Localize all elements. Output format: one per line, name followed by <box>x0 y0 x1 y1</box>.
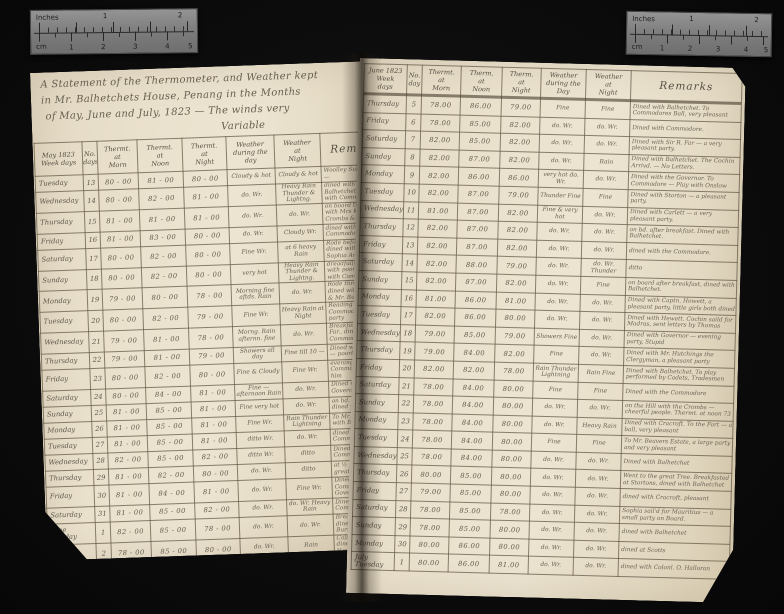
cell-noon: 86.00 <box>455 308 496 327</box>
cell-day: Saturday <box>43 389 92 407</box>
cell-day: Monday <box>48 543 97 565</box>
cell-day: Thursday <box>363 94 406 114</box>
cell-weather_day: do. Wr. <box>537 222 582 241</box>
column-header: Therm. at Noon <box>461 66 503 97</box>
cell-day: Wednesday <box>357 323 400 342</box>
cell-no: 27 <box>92 437 108 454</box>
cell-weather_day: Fine very hot <box>235 398 284 416</box>
cell-weather_day: do. Wr. <box>529 521 574 540</box>
cell-noon: 81 - 00 <box>138 171 184 189</box>
cell-night: 82.00 <box>497 239 536 258</box>
cell-day: Friday <box>359 235 402 254</box>
cell-no: 18 <box>86 269 102 290</box>
cell-weather_day: Fine <box>531 433 576 452</box>
cell-weather_night: do. Wr. <box>579 329 624 348</box>
cell-night: 80 - 00 <box>186 243 231 265</box>
cell-no: 15 <box>84 211 100 232</box>
cell-day: Monday <box>358 288 401 307</box>
cell-day: Friday <box>42 368 91 390</box>
cell-morn: 79.00 <box>415 342 454 361</box>
ruler-inch-number: 1 <box>689 15 694 23</box>
cell-day: Wednesday <box>354 446 397 465</box>
cell-weather_day: do. Wr. <box>238 479 287 501</box>
cell-weather_night: Rain Fine <box>578 364 623 383</box>
cell-night: 80.00 <box>491 485 530 504</box>
cell-day: Monday <box>44 421 93 439</box>
cell-night: 81 - 00 <box>184 186 229 208</box>
cell-morn: 78.00 <box>413 395 452 414</box>
cell-night: 80 - 00 <box>190 363 235 385</box>
cell-noon: 87.00 <box>457 203 498 222</box>
cell-weather_night: ditto <box>285 445 332 463</box>
cell-no: 20 <box>399 360 414 378</box>
cell-weather_day: Morning fine aftds. Rain <box>231 283 280 305</box>
cell-no: 23 <box>90 368 106 389</box>
cell-morn: 80 - 00 <box>101 267 142 289</box>
cell-weather_day: Fine — afternoon Rain <box>234 382 283 400</box>
cell-no: 17 <box>401 307 416 325</box>
cell-no: 16 <box>401 289 416 307</box>
cell-weather_night: Cloudy & hot <box>275 166 322 184</box>
ruler-inches-label: Inches <box>632 15 655 23</box>
cell-weather_day: Cloudy & hot <box>227 168 276 186</box>
cell-noon: 85.00 <box>450 466 491 485</box>
cell-night: 82.00 <box>498 221 537 240</box>
ruler-cm-label: cm <box>36 43 47 51</box>
cell-noon: 84 - 00 <box>146 386 192 404</box>
ruler-cm-number: 4 <box>165 42 170 50</box>
cell-remarks: dined with Colonl. O. Halloran <box>618 559 729 579</box>
cell-no: 12 <box>403 219 418 237</box>
cell-noon: 84.00 <box>452 414 493 433</box>
cell-no: 25 <box>91 405 107 422</box>
cell-night: 79 - 00 <box>188 306 233 328</box>
cell-weather_night: Rain Thunder Lightning <box>284 413 331 431</box>
cell-weather_night: do. Wr. <box>283 397 330 415</box>
cell-weather_night: do. Wr. <box>584 136 629 155</box>
cell-no: 2 <box>96 543 112 564</box>
column-header: Remarks <box>630 71 742 104</box>
cell-morn: 78 - 00 <box>112 578 153 600</box>
cell-weather_day: Heavy Rain Thunder & Lightning <box>241 573 290 595</box>
cell-noon: 84.00 <box>453 379 494 398</box>
journal-title: A Statement of the Thermometer, and Weat… <box>40 66 362 141</box>
cell-day: Wednesday <box>45 453 94 471</box>
cell-no: 1 <box>394 553 409 571</box>
cell-weather_day: Morng. Rain afternn. fine <box>232 325 281 347</box>
cell-night: 81.00 <box>496 292 535 311</box>
cell-morn: 81 - 00 <box>99 210 140 232</box>
cell-day: Thursday <box>45 470 94 488</box>
cell-weather_night: do. Wr. <box>282 381 329 399</box>
cell-weather_day: do. Wr. <box>532 398 577 417</box>
cell-no: 30 <box>94 485 110 506</box>
cell-noon: 86.00 <box>449 537 490 556</box>
cell-night: 82.00 <box>500 133 539 152</box>
cell-weather_night: Fine <box>585 99 630 119</box>
cell-day: June Sunday <box>47 522 96 544</box>
cell-weather_day: do. Wr. <box>530 469 575 488</box>
cell-weather_day: Fine <box>534 345 579 364</box>
cell-noon: 88.00 <box>456 255 497 274</box>
cell-noon: 85.00 <box>449 502 490 521</box>
column-header: No. day <box>407 65 423 95</box>
cell-morn: 78.00 <box>414 378 453 397</box>
cell-weather_night: Heavy Rain <box>577 417 622 436</box>
cell-no: 13 <box>402 236 417 254</box>
cell-day: Tuesday <box>354 429 397 448</box>
cell-morn: 82.00 <box>417 237 456 256</box>
cell-morn: 78.00 <box>412 448 451 467</box>
cell-noon: 81 - 00 <box>144 349 190 367</box>
cell-noon: 84.00 <box>454 343 495 362</box>
cell-weather_day: ditto Wr. <box>237 447 286 465</box>
cell-noon: 82 - 00 <box>148 466 194 484</box>
cell-weather_day: Fine Wr. <box>232 304 281 326</box>
cell-noon: 87.00 <box>459 150 500 169</box>
cell-noon: 85 - 00 <box>151 540 197 562</box>
cell-morn: 79 - 00 <box>102 288 143 310</box>
cell-no: 28 <box>93 453 109 470</box>
cell-night: 81 - 00 <box>184 207 229 229</box>
cell-night: 80.00 <box>493 397 532 416</box>
column-header: May 1823 Week days <box>34 142 83 177</box>
cell-night: 80 - 00 <box>185 227 230 245</box>
cell-weather_night: do. Wr. <box>280 323 327 345</box>
cell-noon: 82 - 00 <box>145 365 191 387</box>
cell-no: 20 <box>88 310 104 331</box>
cell-no: 10 <box>404 184 419 202</box>
cell-weather_day: do. Wr. <box>536 258 581 277</box>
cell-weather_day: Fine Wr. <box>236 415 285 433</box>
cell-day: Thursday <box>36 212 85 234</box>
cell-morn: 80 - 00 <box>98 173 139 190</box>
cell-morn: 80.00 <box>411 465 450 484</box>
cell-day: Tuesday <box>40 311 89 333</box>
cell-morn: 81 - 00 <box>109 484 150 506</box>
cell-no: 25 <box>397 447 412 465</box>
cell-night: 80 - 00 <box>186 264 231 286</box>
cell-noon: 82 - 00 <box>141 266 187 288</box>
cell-weather_night: Fine Wr. <box>282 360 329 382</box>
left-page: A Statement of the Thermometer, and Weat… <box>30 61 379 560</box>
cell-no: 24 <box>397 430 412 448</box>
cell-morn: 80.00 <box>409 553 448 572</box>
cell-weather_night: Heavy Rain <box>289 556 336 574</box>
cell-no: 30 <box>395 535 410 553</box>
cell-night: 80.00 <box>492 432 531 451</box>
cell-no: 8 <box>405 148 420 166</box>
cell-weather_night: do. Wr. <box>583 171 628 190</box>
cell-weather_day: do. Wr. <box>239 516 288 538</box>
cell-noon: 86.00 <box>460 96 501 116</box>
cell-weather_night: Heavy Rain Thunder & Lightng. <box>276 182 323 204</box>
cell-no: 28 <box>395 500 410 518</box>
cell-morn: 82.00 <box>416 272 455 291</box>
cell-night: 80 - 00 <box>193 465 238 483</box>
cell-weather_night: Heavy Rain Thunder & Lightng. <box>278 261 325 283</box>
cell-morn: 78.00 <box>410 518 449 537</box>
cell-noon: 84.00 <box>452 396 493 415</box>
cell-no: 27 <box>396 483 411 501</box>
cell-weather_night: Heavy Rain at Night <box>280 302 327 324</box>
cell-weather_day: Showers all day <box>233 346 282 364</box>
cell-weather_day: do. Wr. <box>531 451 576 470</box>
cell-weather_night: Fine <box>578 382 623 401</box>
cell-weather_day: do. Wr. <box>530 486 575 505</box>
cell-no: 9 <box>404 166 419 184</box>
cell-noon: 85.00 <box>450 484 491 503</box>
column-header: Weather during the Day <box>541 68 587 99</box>
ruler-cm-number: 2 <box>101 43 106 51</box>
cell-noon: 82.00 <box>453 361 494 380</box>
cell-night: 79 - 00 <box>189 347 234 365</box>
ruler-cm-number: 3 <box>133 43 138 51</box>
cell-day: Tuesday <box>35 175 84 193</box>
column-header: Weather at Night <box>274 133 321 168</box>
cell-weather_night: ditto <box>289 572 336 594</box>
column-header: Weather during the day <box>226 135 275 170</box>
cell-morn: 81 - 00 <box>108 468 149 485</box>
cell-weather_day: do. Wr. <box>540 117 585 136</box>
cell-no: 23 <box>398 412 413 430</box>
cell-no: 29 <box>395 518 410 536</box>
cell-day: Saturday <box>359 253 402 272</box>
cell-noon: 81 - 00 <box>144 328 190 350</box>
column-header: Thermt. at Morn <box>422 65 462 96</box>
cell-day: Sunday <box>43 405 92 423</box>
cell-weather_night: Fine <box>580 276 625 295</box>
cell-day: Monday <box>39 290 88 312</box>
cell-day: Saturday <box>362 130 405 149</box>
photo-background: Inches 1 2 cm 1 2 3 4 5 Inches 1 2 cm 1 … <box>0 0 784 614</box>
cell-night: 81 - 00 <box>192 416 237 434</box>
cell-no: 15 <box>401 272 416 290</box>
cell-morn: 82.00 <box>419 166 458 185</box>
cell-weather_day: do. Wr. <box>239 500 288 518</box>
cell-morn: 81.00 <box>418 202 457 221</box>
cell-night: 82.00 <box>495 344 534 363</box>
cell-noon: 85.00 <box>449 519 490 538</box>
cell-no: 31 <box>95 506 111 523</box>
cell-morn: 78.00 <box>421 95 460 115</box>
cell-morn: 81 - 00 <box>106 403 147 420</box>
cell-noon: 85 - 00 <box>146 402 192 420</box>
cell-no: 21 <box>399 377 414 395</box>
cell-weather_night: do. Wr. <box>276 203 323 225</box>
cell-day: Saturday <box>356 376 399 395</box>
cell-day: Monday <box>361 165 404 184</box>
cell-morn: 82.00 <box>420 131 459 150</box>
column-header: Thermt. at Morn <box>97 140 138 174</box>
cell-weather_night: do. Wr. <box>574 505 619 524</box>
cell-night: 80.00 <box>494 380 533 399</box>
cell-weather_night: do. Wr. <box>582 224 627 243</box>
cell-day: Thursday <box>41 352 90 370</box>
column-header: Weather at Night <box>585 69 631 100</box>
cell-day: Tuesday <box>358 306 401 325</box>
cell-noon: 82 - 00 <box>139 187 185 209</box>
ruler-inch-number: 2 <box>178 11 183 19</box>
cell-noon: 84.00 <box>451 431 492 450</box>
column-header: Thermt. at Night <box>182 137 227 172</box>
cell-weather_day: Rain Thunder Lightning <box>533 363 578 382</box>
cell-night: 78 - 00 <box>195 517 240 539</box>
cell-weather_day: Fine <box>540 98 585 118</box>
cell-weather_day: very hot <box>230 262 279 284</box>
cell-noon: 84 - 00 <box>152 561 198 579</box>
cell-weather_day: do. Wr. <box>240 537 289 559</box>
cell-day: Sunday <box>358 270 401 289</box>
cell-day: Wednesday <box>36 191 85 213</box>
cell-morn: 81 - 00 <box>107 435 148 452</box>
cell-morn: 80.00 <box>410 536 449 555</box>
cell-noon: 85 - 00 <box>148 450 194 468</box>
cell-noon: 84 - 00 <box>149 482 195 504</box>
cell-day: Monday <box>352 534 395 553</box>
cell-morn: 82.00 <box>420 149 459 168</box>
cell-morn: 79.00 <box>415 325 454 344</box>
cell-night: 82.00 <box>498 204 537 223</box>
ruler-divider <box>630 34 768 37</box>
cell-weather_day: Fine & Cloudy <box>234 362 283 384</box>
cell-weather_night: do. Wr. Thunder <box>581 259 626 278</box>
cell-night: 78.00 <box>494 362 533 381</box>
cell-day: Friday <box>356 358 399 377</box>
cell-morn: 78 - 00 <box>111 541 152 563</box>
cell-weather_night: do. Wr. <box>580 294 625 313</box>
cell-noon: 87.00 <box>455 273 496 292</box>
cell-night: 80.00 <box>492 450 531 469</box>
cell-weather_night: do. Wr. <box>576 452 621 471</box>
cell-weather_night: ditto <box>285 461 332 479</box>
cell-morn: 81 - 00 <box>107 419 148 436</box>
cell-morn: 80 - 00 <box>103 309 144 331</box>
cell-no: 3 <box>97 563 113 580</box>
cell-no: 26 <box>396 465 411 483</box>
cell-night: 81.00 <box>489 555 528 574</box>
cell-weather_night: at 6 heavy Rain <box>278 240 325 262</box>
cell-weather_day: do. Wr. <box>228 205 277 227</box>
cell-morn: 82.00 <box>418 219 457 238</box>
cell-noon: 87.00 <box>457 220 498 239</box>
cell-night: 80.00 <box>490 520 529 539</box>
cell-no: 14 <box>84 190 100 211</box>
cell-morn: 81 - 00 <box>100 230 141 247</box>
cell-morn: 82 - 00 <box>110 521 151 543</box>
cell-noon: 86.00 <box>455 291 496 310</box>
cell-day: Sunday <box>355 394 398 413</box>
cell-morn: 78.00 <box>421 114 460 133</box>
cell-night: 80.00 <box>491 468 530 487</box>
cell-day: Wednesday <box>41 331 90 353</box>
cell-weather_day: do. Wr. <box>535 275 580 294</box>
cell-morn: 80 - 00 <box>105 366 146 388</box>
cell-day: Monday <box>355 411 398 430</box>
cell-night: 78 - 00 <box>188 326 233 348</box>
cell-noon: 84.00 <box>451 449 492 468</box>
cell-night: 81 - 00 <box>194 481 239 503</box>
weather-table-june: June 1823 Week daysNo. dayThermt. at Mor… <box>351 63 743 580</box>
cell-no: 26 <box>92 421 108 438</box>
cell-day: Sunday <box>38 269 87 291</box>
cell-day: Sunday <box>352 517 395 536</box>
scale-ruler-left: Inches 1 2 cm 1 2 3 4 5 <box>30 8 198 55</box>
cell-weather_night: do. Wr. <box>573 540 618 559</box>
column-header: June 1823 Week days <box>364 64 408 95</box>
cell-day: Wednesday <box>360 200 403 219</box>
cell-day: Friday <box>37 232 86 250</box>
cell-morn: 78.00 <box>412 430 451 449</box>
cell-morn: 82 - 00 <box>108 452 149 469</box>
cell-night: 81 - 00 <box>191 400 236 418</box>
cell-day: Wednesday <box>49 580 98 602</box>
cell-noon: 85.00 <box>454 326 495 345</box>
cell-night: 78.00 <box>490 503 529 522</box>
cell-night: 82.00 <box>496 274 535 293</box>
cell-weather_night: do. Wr. <box>287 514 334 536</box>
cell-noon: 87.00 <box>456 238 497 257</box>
cell-noon: 81 - 00 <box>139 208 185 230</box>
cell-morn: 80 - 00 <box>99 189 140 211</box>
cell-weather_night: Rain <box>584 153 629 172</box>
cell-night: 80 - 00 <box>183 170 228 188</box>
ruler-cm-number: 1 <box>69 43 74 51</box>
cell-day: Thursday <box>357 341 400 360</box>
cell-weather_day: do. Wr. <box>237 463 286 481</box>
cell-night: 86.00 <box>499 169 538 188</box>
cell-night: 78 - 00 <box>187 285 232 307</box>
cell-day: Tuesday <box>361 183 404 202</box>
cell-day: Thursday <box>353 464 396 483</box>
column-header: No. days <box>82 141 98 175</box>
cell-weather_night: Fine <box>576 435 621 454</box>
cell-weather_day: do. Wr. <box>528 557 573 576</box>
cell-weather_day: do. Wr. <box>228 184 277 206</box>
ruler-inch-number: 2 <box>754 16 759 24</box>
cell-night: 79.00 <box>501 97 540 117</box>
cell-noon: 85 - 00 <box>147 418 193 436</box>
cell-night: 78 - 00 <box>197 575 242 597</box>
cell-weather_night: do. Wr. <box>574 523 619 542</box>
cell-noon: 85 - 00 <box>147 434 193 452</box>
cell-noon: 87.00 <box>458 185 499 204</box>
cell-night: 79.00 <box>497 257 536 276</box>
cell-weather_night: do. Wr. <box>585 118 630 137</box>
cell-weather_day: do. Wr. <box>534 310 579 329</box>
cell-weather_day: do. Wr. <box>532 416 577 435</box>
cell-morn: 79 - 00 <box>104 350 145 367</box>
cell-weather_day: very hot do. Wr. <box>538 170 583 189</box>
cell-morn: 78 - 00 <box>112 562 153 579</box>
cell-weather_night: do. Wr. <box>575 470 620 489</box>
cell-noon: 86.00 <box>448 554 489 573</box>
cell-noon: 85 - 00 <box>150 503 196 521</box>
cell-night: 80.00 <box>490 538 529 557</box>
cell-no: 6 <box>406 113 421 131</box>
cell-morn: 82.00 <box>417 254 456 273</box>
cell-day: Friday <box>363 112 406 131</box>
cell-no: 24 <box>91 389 107 406</box>
ruler-inches-label: Inches <box>36 14 59 22</box>
cell-weather_night: Cloudy Wr. <box>277 224 324 242</box>
ruler-cm-number: 5 <box>188 42 193 50</box>
cell-no: 14 <box>402 254 417 272</box>
ruler-cm-number: 4 <box>744 46 749 54</box>
cell-no: 18 <box>400 324 415 342</box>
cell-night: 82.00 <box>501 116 540 135</box>
cell-morn: 78.00 <box>413 413 452 432</box>
